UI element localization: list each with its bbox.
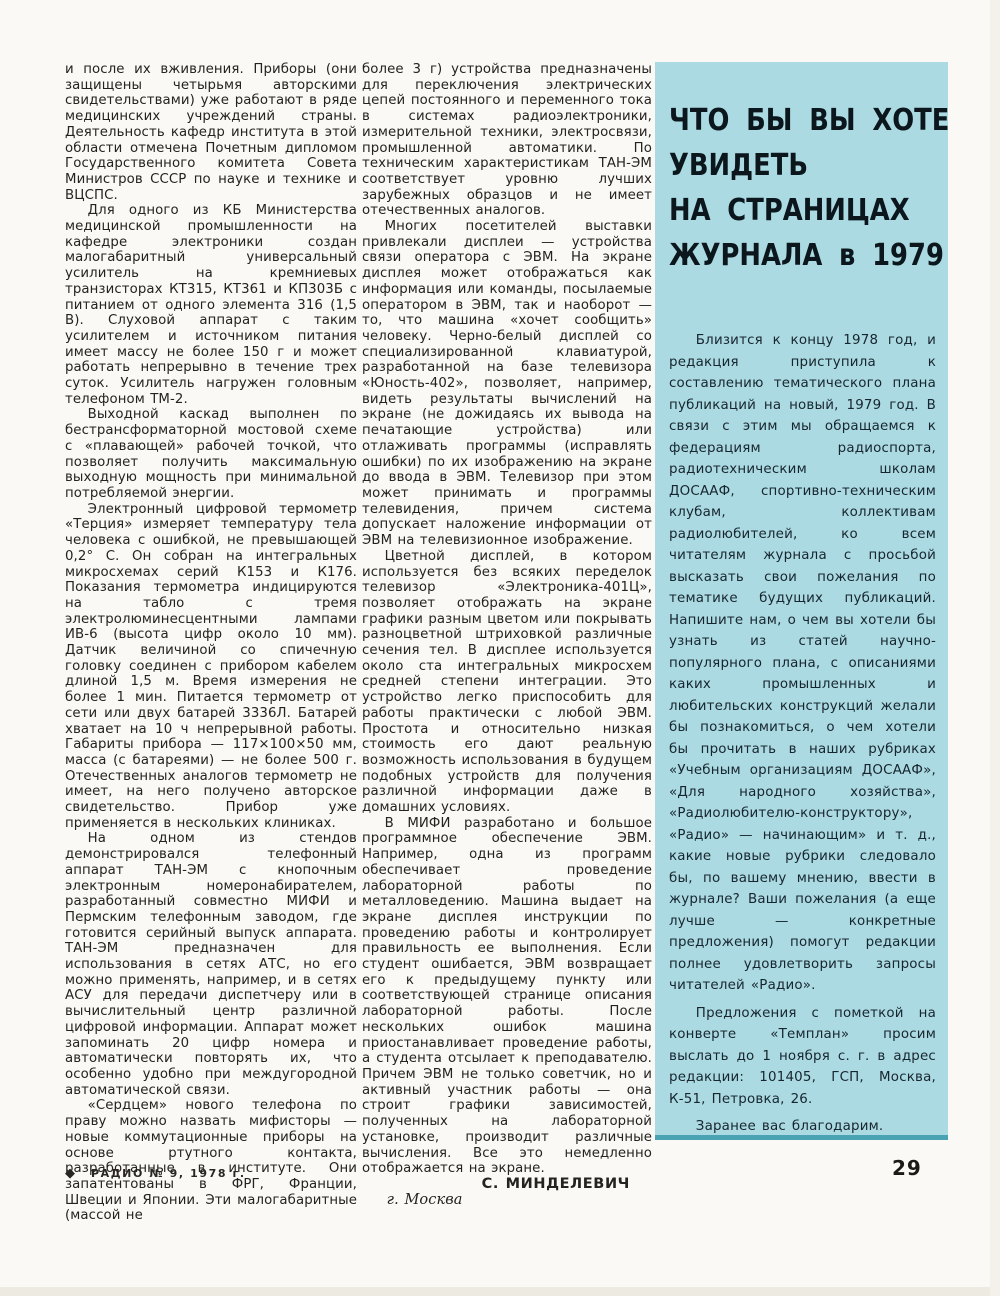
author-location: г. Москва [362,1193,652,1209]
promo-body: Близится к концу 1978 год, и редакция пр… [669,330,936,1140]
paper-edge-right [990,0,1000,1296]
article-paragraph: Для одного из КБ Министерства медицинско… [65,203,357,407]
promo-paragraph: Заранее вас благодарим. [669,1116,936,1138]
author-signature: С. МИНДЕЛЕВИЧ [362,1177,652,1193]
diamond-icon: ◆ [65,1166,75,1181]
headline-line: ЖУРНАЛА в 1979 году? [669,233,899,278]
magazine-page: и после их вживления. Приборы (они защищ… [0,0,1000,1296]
promo-box: ЧТО БЫ ВЫ ХОТЕЛИ УВИДЕТЬ НА СТРАНИЦАХ ЖУ… [655,62,948,1140]
article-paragraph: Выходной каскад выполнен по бестрансформ… [65,407,357,501]
article-paragraph: Цветной дисплей, в котором используется … [362,549,652,816]
article-paragraph: и после их вживления. Приборы (они защищ… [65,62,357,203]
headline-line: НА СТРАНИЦАХ [669,188,899,233]
magazine-issue-label: РАДИО № 9, 1978 г. [91,1167,246,1180]
promo-headline: ЧТО БЫ ВЫ ХОТЕЛИ УВИДЕТЬ НА СТРАНИЦАХ ЖУ… [669,98,899,278]
footer-issue-info: ◆ РАДИО № 9, 1978 г. [65,1166,246,1181]
article-column-1: и после их вживления. Приборы (они защищ… [65,62,357,1224]
paper-edge-bottom [0,1287,1000,1296]
article-paragraph: В МИФИ разработано и большое программное… [362,816,652,1177]
promo-paragraph: Предложения с пометкой на конверте «Темп… [669,1003,936,1111]
article-column-2: более 3 г) устройства предназначены для … [362,62,652,1208]
page-number: 29 [892,1156,922,1180]
article-paragraph: «Сердцем» нового телефона по праву можно… [65,1098,357,1224]
article-paragraph: более 3 г) устройства предназначены для … [362,62,652,219]
headline-line: ЧТО БЫ ВЫ ХОТЕЛИ [669,98,899,143]
article-paragraph: Многих посетителей выставки привлекали д… [362,219,652,549]
article-paragraph: На одном из стендов демонстрировался тел… [65,831,357,1098]
promo-paragraph: Близится к концу 1978 год, и редакция пр… [669,330,936,997]
headline-line: УВИДЕТЬ [669,143,899,188]
article-paragraph: Электронный цифровой термометр «Терция» … [65,502,357,832]
